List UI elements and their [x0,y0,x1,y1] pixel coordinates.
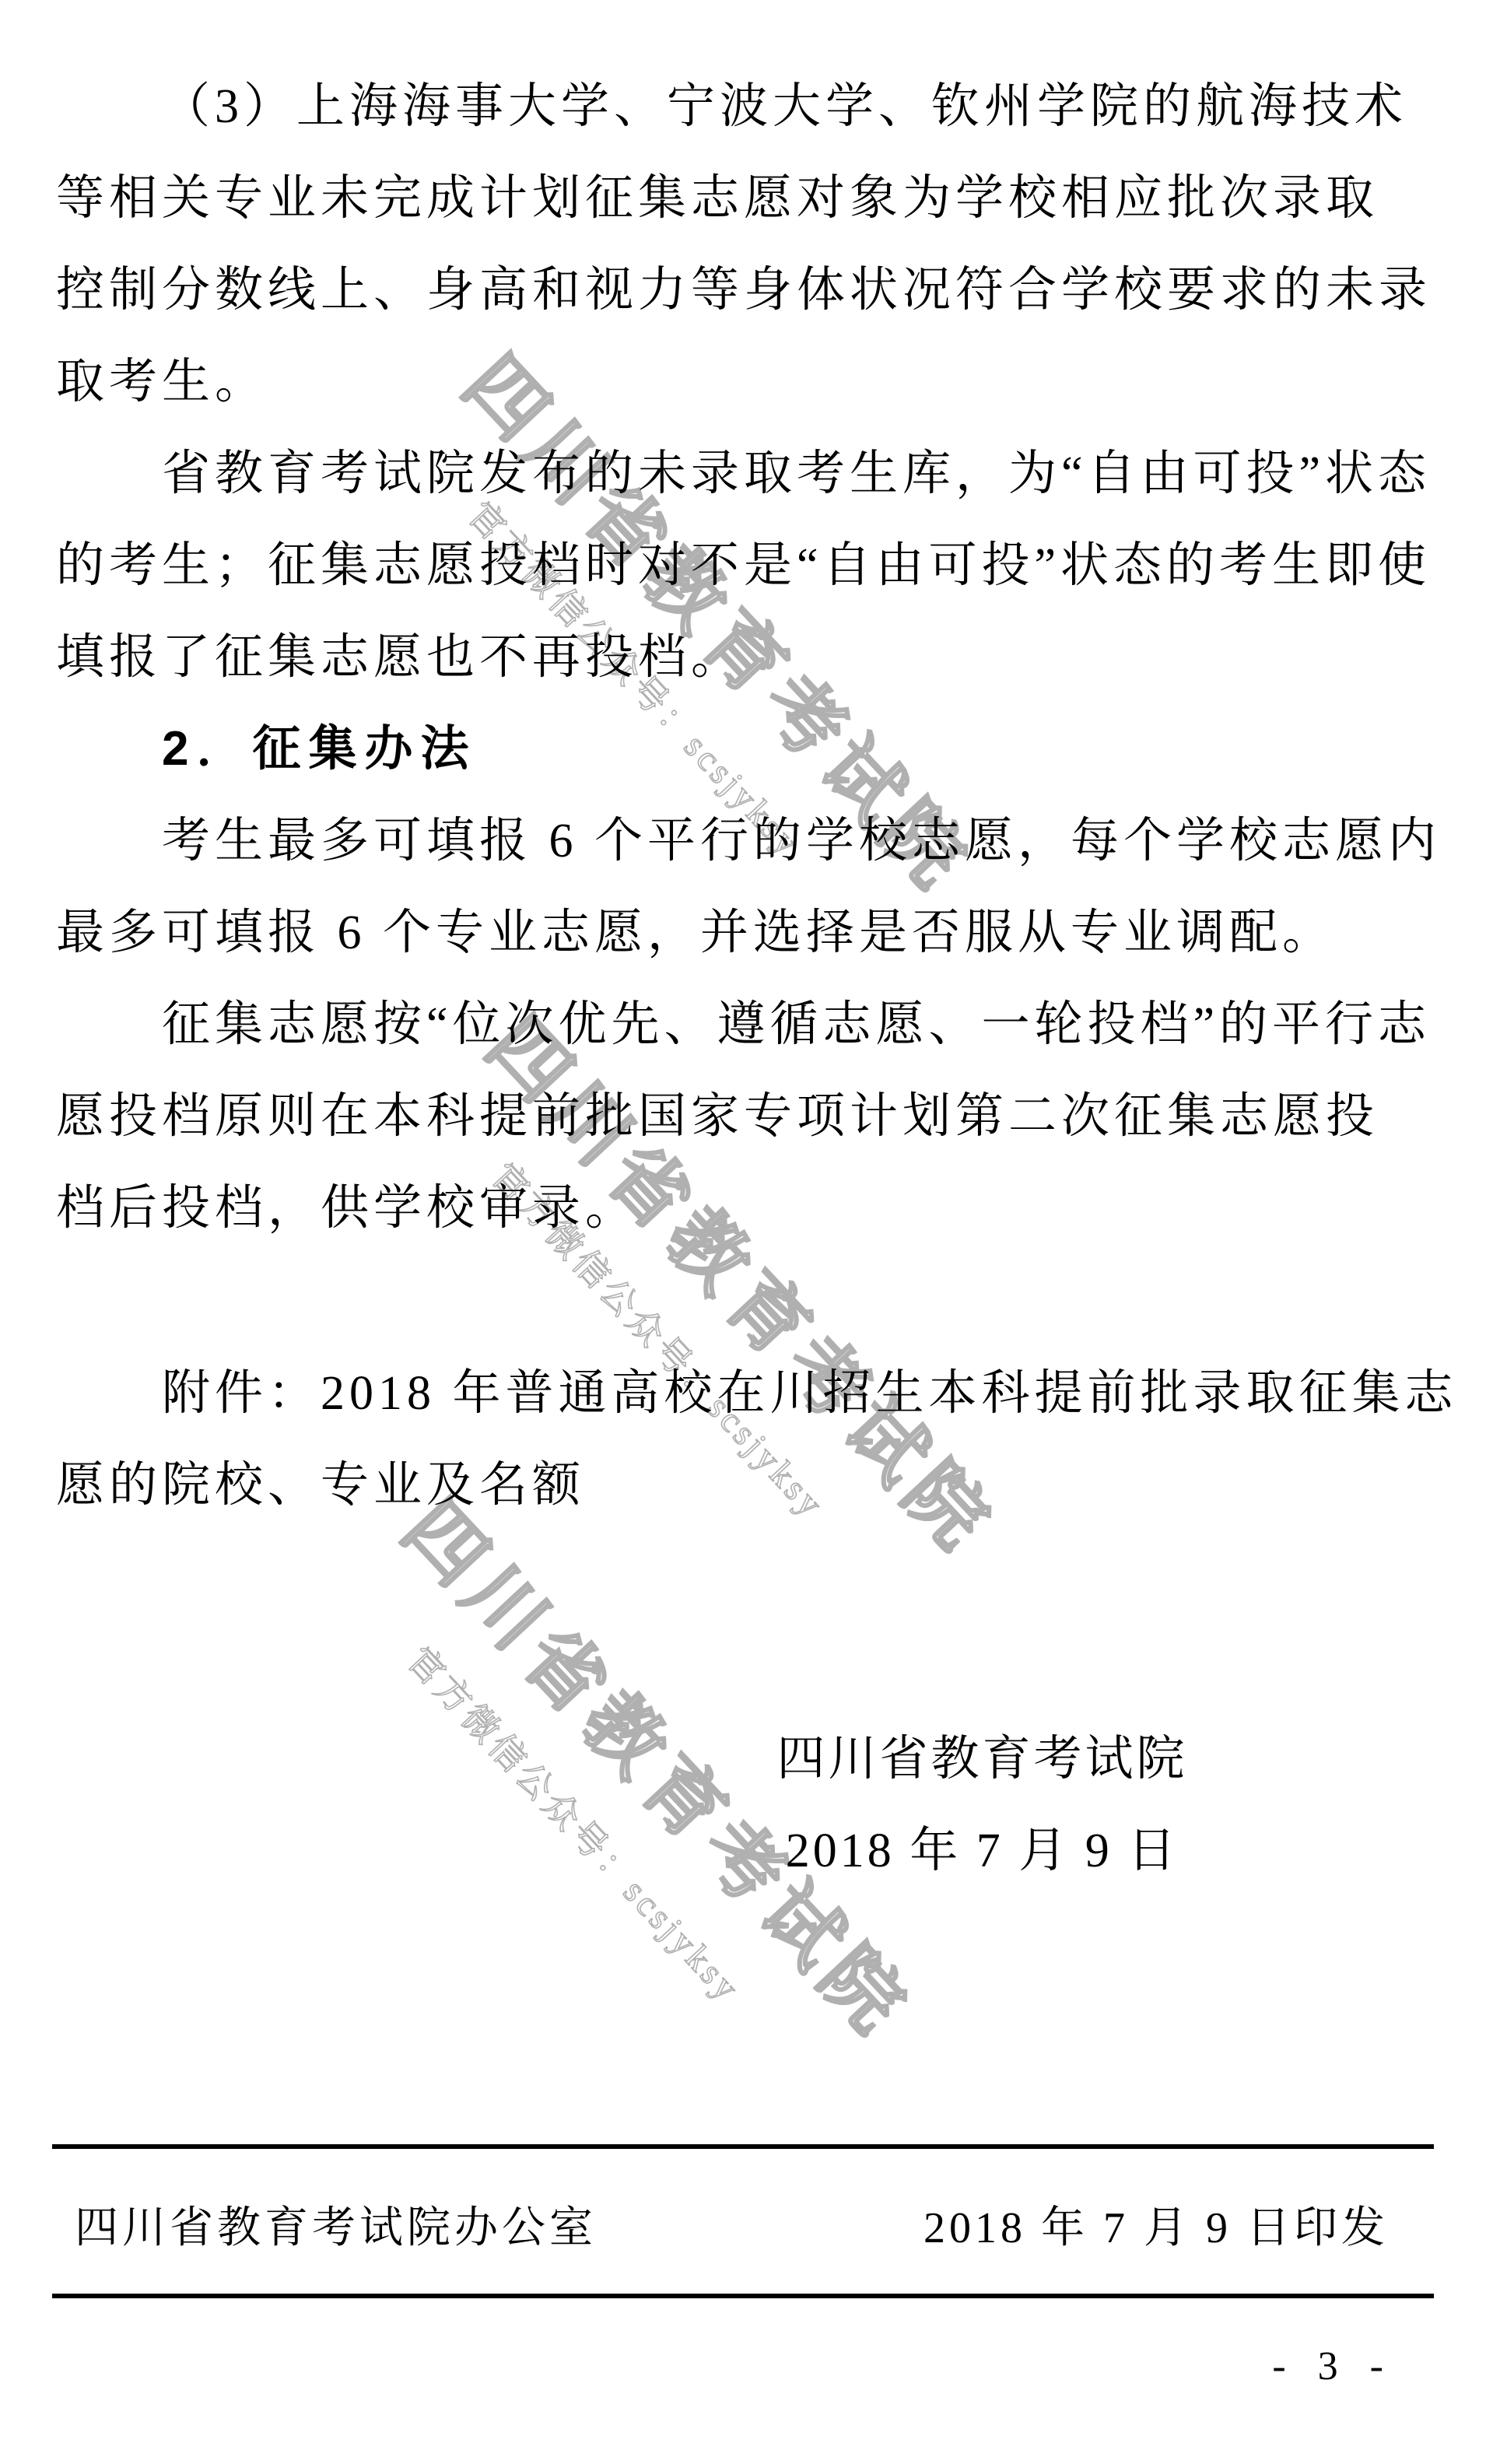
attachment-line-2: 愿的院校、专业及名额 [56,1460,585,1511]
watermark: 四川省教育考试院 官方微信公众号：scsjyksy [415,988,1025,1623]
body-line-9: 考生最多可填报 6 个平行的学校志愿，每个学校志愿内 [56,815,1441,867]
body-line-5: 省教育考试院发布的未录取考生库，为“自由可投”状态 [56,448,1431,499]
body-line-11: 征集志愿按“位次优先、遵循志愿、一轮投档”的平行志 [56,999,1431,1050]
watermark: 四川省教育考试院 官方微信公众号：scsjyksy [331,1472,941,2107]
body-line-4: 取考生。 [56,356,268,408]
body-line-6: 的考生；征集志愿投档时对不是“自由可投”状态的考生即使 [56,540,1431,591]
signature-org: 四川省教育考试院 [770,1733,1194,1785]
document-page: 四川省教育考试院 官方微信公众号：scsjyksy 四川省教育考试院 官方微信公… [0,0,1486,2464]
footer-issue-date: 2018 年 7 月 9 日印发 [923,2205,1389,2252]
body-line-3: 控制分数线上、身高和视力等身体状况符合学校要求的未录 [56,265,1432,316]
footer-office: 四川省教育考试院办公室 [75,2205,597,2252]
body-line-12: 愿投档原则在本科提前批国家专项计划第二次征集志愿投 [56,1091,1379,1142]
body-line-13: 档后投档，供学校审录。 [56,1183,638,1234]
footer-rule-bottom [52,2294,1434,2298]
body-line-2: 等相关专业未完成计划征集志愿对象为学校相应批次录取 [56,173,1379,224]
body-line-1: （3）上海海事大学、宁波大学、钦州学院的航海技术 [56,81,1407,132]
page-number: - 3 - [1272,2343,1394,2389]
signature-date: 2018 年 7 月 9 日 [770,1825,1194,1877]
body-line-7: 填报了征集志愿也不再投档。 [56,632,744,683]
section-heading: 2．征集办法 [56,724,476,775]
footer-rule-top [52,2144,1434,2149]
body-line-10: 最多可填报 6 个专业志愿，并选择是否服从专业调配。 [56,907,1335,959]
attachment-line: 附件：2018 年普通高校在川招生本科提前批录取征集志 [56,1368,1458,1419]
